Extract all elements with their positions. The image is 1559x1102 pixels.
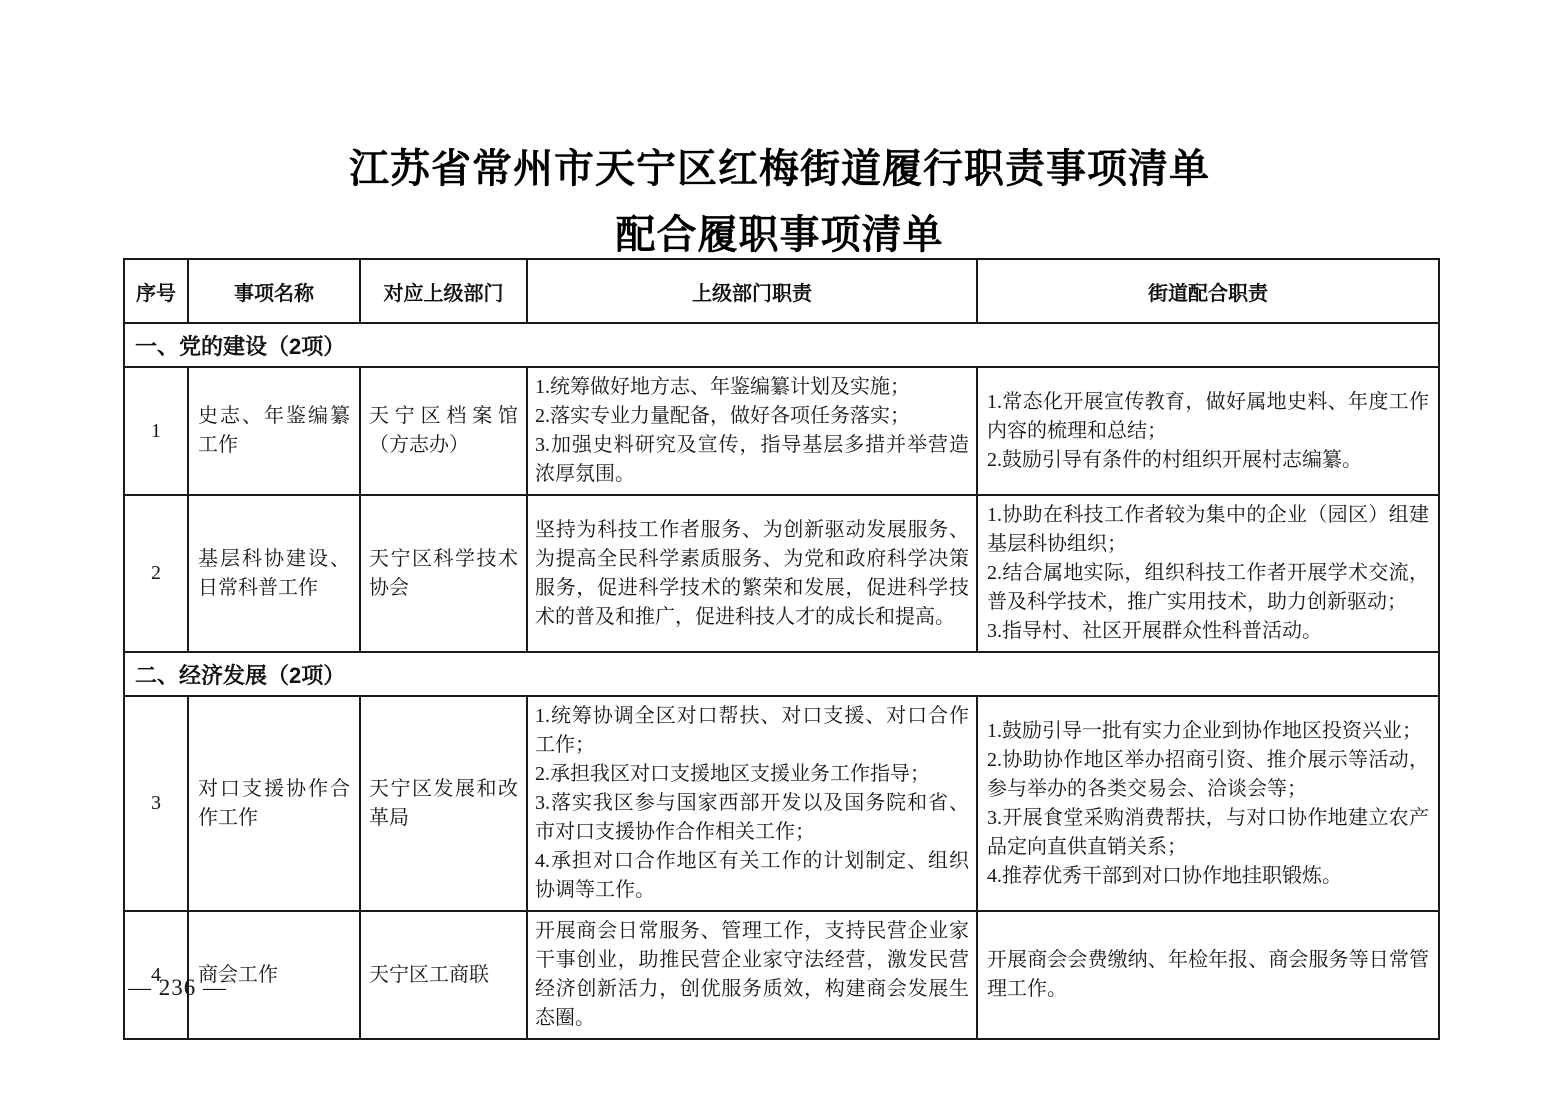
cell-superior-department: 天宁区档案馆（方志办） (360, 367, 527, 495)
page-number: — 236 — (128, 975, 227, 1001)
cell-superior-duties: 1.统筹协调全区对口帮扶、对口支援、对口合作工作； 2.承担我区对口支援地区支援… (527, 696, 977, 911)
section-label-party-building: 一、党的建设（2项） (124, 323, 1439, 367)
cell-street-duties: 1.协助在科技工作者较为集中的企业（园区）组建基层科协组织； 2.结合属地实际，… (977, 495, 1439, 652)
header-superior-duties: 上级部门职责 (527, 259, 977, 323)
header-item-name: 事项名称 (188, 259, 360, 323)
cell-superior-department: 天宁区科学技术协会 (360, 495, 527, 652)
section-row-party-building: 一、党的建设（2项） (124, 323, 1439, 367)
cell-seq-number: 3 (124, 696, 188, 911)
table-row: 1 史志、年鉴编纂工作 天宁区档案馆（方志办） 1.统筹做好地方志、年鉴编纂计划… (124, 367, 1439, 495)
cell-street-duties: 开展商会会费缴纳、年检年报、商会服务等日常管理工作。 (977, 911, 1439, 1039)
cell-seq-number: 2 (124, 495, 188, 652)
cell-superior-duties: 1.统筹做好地方志、年鉴编纂计划及实施； 2.落实专业力量配备，做好各项任务落实… (527, 367, 977, 495)
header-superior-department: 对应上级部门 (360, 259, 527, 323)
cell-item-name: 史志、年鉴编纂工作 (188, 367, 360, 495)
cell-seq-number: 1 (124, 367, 188, 495)
cell-superior-duties: 坚持为科技工作者服务、为创新驱动发展服务、为提高全民科学素质服务、为党和政府科学… (527, 495, 977, 652)
document-title-line1: 江苏省常州市天宁区红梅街道履行职责事项清单 (0, 136, 1559, 202)
table-header-row: 序号 事项名称 对应上级部门 上级部门职责 街道配合职责 (124, 259, 1439, 323)
section-label-economic-development: 二、经济发展（2项） (124, 652, 1439, 696)
duty-list-table: 序号 事项名称 对应上级部门 上级部门职责 街道配合职责 一、党的建设（2项） … (123, 258, 1440, 1040)
cell-street-duties: 1.鼓励引导一批有实力企业到协作地区投资兴业； 2.协助协作地区举办招商引资、推… (977, 696, 1439, 911)
section-row-economic-development: 二、经济发展（2项） (124, 652, 1439, 696)
table-row: 2 基层科协建设、日常科普工作 天宁区科学技术协会 坚持为科技工作者服务、为创新… (124, 495, 1439, 652)
cell-superior-department: 天宁区发展和改革局 (360, 696, 527, 911)
cell-street-duties: 1.常态化开展宣传教育，做好属地史料、年度工作内容的梳理和总结； 2.鼓励引导有… (977, 367, 1439, 495)
cell-superior-department: 天宁区工商联 (360, 911, 527, 1039)
cell-superior-duties: 开展商会日常服务、管理工作，支持民营企业家干事创业，助推民营企业家守法经营，激发… (527, 911, 977, 1039)
document-title: 江苏省常州市天宁区红梅街道履行职责事项清单 配合履职事项清单 (0, 136, 1559, 268)
header-seq-number: 序号 (124, 259, 188, 323)
header-street-duties: 街道配合职责 (977, 259, 1439, 323)
table-row: 4 商会工作 天宁区工商联 开展商会日常服务、管理工作，支持民营企业家干事创业，… (124, 911, 1439, 1039)
cell-item-name: 对口支援协作合作工作 (188, 696, 360, 911)
cell-item-name: 基层科协建设、日常科普工作 (188, 495, 360, 652)
table-row: 3 对口支援协作合作工作 天宁区发展和改革局 1.统筹协调全区对口帮扶、对口支援… (124, 696, 1439, 911)
